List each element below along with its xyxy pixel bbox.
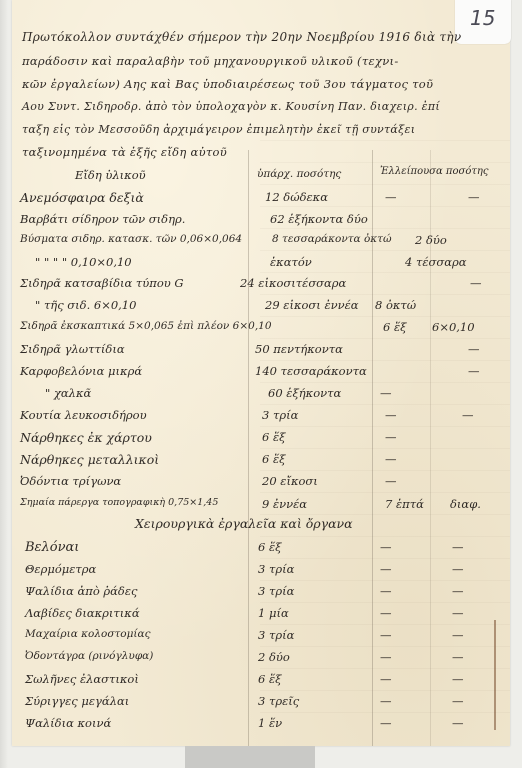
row-quantity: 1 ἕν bbox=[258, 716, 282, 730]
scanner-tab bbox=[185, 746, 315, 768]
row-item: Ὀδόντια τρίγωνα bbox=[20, 474, 121, 488]
row-missing: — bbox=[380, 672, 392, 686]
row-quantity: 3 τρεῖς bbox=[258, 694, 299, 708]
row-extra: — bbox=[452, 716, 464, 730]
row-quantity: ἑκατόν bbox=[270, 255, 312, 269]
row-missing: — bbox=[470, 276, 482, 290]
row-missing: — bbox=[385, 190, 397, 204]
row-missing: — bbox=[380, 540, 392, 554]
row-quantity: 1 μία bbox=[258, 606, 289, 620]
row-item: Νάρθηκες μεταλλικοὶ bbox=[20, 452, 159, 467]
row-quantity: 3 τρία bbox=[258, 628, 294, 642]
row-quantity: 3 τρία bbox=[262, 408, 298, 422]
row-extra: — bbox=[452, 584, 464, 598]
row-item: Βαρβάτι σίδηρον τῶν σιδηρ. bbox=[20, 212, 185, 226]
row-item: Σύριγγες μεγάλαι bbox=[25, 694, 129, 708]
row-missing: — bbox=[468, 364, 480, 378]
row-extra: — bbox=[452, 540, 464, 554]
row-quantity: 20 εἴκοσι bbox=[262, 474, 318, 488]
intro-line: Πρωτόκολλον συντάχθέν σήμερον τὴν 20ην Ν… bbox=[22, 30, 462, 44]
row-item: " χαλκᾶ bbox=[45, 386, 91, 400]
row-missing: — bbox=[385, 474, 397, 488]
row-extra: — bbox=[452, 650, 464, 664]
row-extra: — bbox=[452, 606, 464, 620]
row-quantity: 9 ἐννέα bbox=[262, 497, 307, 511]
row-extra: — bbox=[452, 694, 464, 708]
row-quantity: 62 ἑξήκοντα δύο bbox=[270, 212, 368, 226]
row-extra: διαφ. bbox=[450, 497, 481, 511]
row-item: Λαβίδες διακριτικά bbox=[25, 606, 140, 620]
row-missing: — bbox=[380, 716, 392, 730]
margin-ink-mark bbox=[494, 620, 496, 730]
row-missing: — bbox=[380, 386, 392, 400]
row-item: Σιδηρᾶ κατσαβίδια τύπου G bbox=[20, 276, 184, 290]
column-header-item: Εἴδη ὑλικοῦ bbox=[75, 168, 146, 182]
row-quantity: 24 εἰκοσιτέσσαρα bbox=[240, 276, 346, 290]
row-extra: 6×0,10 bbox=[432, 320, 475, 334]
column-rule-1 bbox=[248, 150, 249, 746]
row-item: Κουτία λευκοσιδήρου bbox=[20, 408, 147, 422]
intro-line: παράδοσιν καὶ παραλαβὴν τοῦ μηχανουργικο… bbox=[22, 54, 399, 68]
row-quantity: 50 πεντήκοντα bbox=[255, 342, 343, 356]
row-extra: — bbox=[452, 628, 464, 642]
row-extra: — bbox=[452, 672, 464, 686]
row-item: Βύσματα σιδηρ. κατασκ. τῶν 0,06×0,064 bbox=[20, 233, 242, 245]
row-quantity: 6 ἕξ bbox=[258, 672, 281, 686]
intro-line: κῶν ἐργαλείων) Αης καὶ Βας ὑποδιαιρέσεως… bbox=[22, 77, 433, 91]
row-missing: 4 τέσσαρα bbox=[405, 255, 467, 269]
row-quantity: 3 τρία bbox=[258, 562, 294, 576]
row-item: Νάρθηκες ἐκ χάρτου bbox=[20, 430, 152, 445]
row-extra: — bbox=[468, 190, 480, 204]
row-item: Σιδηρᾶ γλωττίδια bbox=[20, 342, 125, 356]
row-item: Βελόναι bbox=[25, 540, 79, 555]
row-quantity: 6 ἕξ bbox=[262, 430, 285, 444]
row-missing: — bbox=[380, 650, 392, 664]
row-item: Σιδηρᾶ ἐκσκαπτικά 5×0,065 ἐπὶ πλέον 6×0,… bbox=[20, 320, 272, 332]
page-number: 15 bbox=[470, 6, 495, 30]
intro-line: ταξη εἰς τὸν Μεσσοῦδη ἀρχιμάγειρον ἐπιμε… bbox=[22, 123, 415, 136]
row-missing: — bbox=[380, 694, 392, 708]
row-item: Ψαλίδια ἀπὸ ῥάδες bbox=[25, 584, 137, 598]
row-missing: — bbox=[385, 430, 397, 444]
row-quantity: 6 ἕξ bbox=[262, 452, 285, 466]
row-item: Ὀδοντάγρα (ρινόγλυφα) bbox=[25, 650, 153, 662]
row-missing: 8 ὀκτώ bbox=[375, 298, 416, 312]
row-missing: — bbox=[380, 606, 392, 620]
row-missing: — bbox=[380, 584, 392, 598]
row-quantity: 2 δύο bbox=[258, 650, 290, 664]
row-quantity: 8 τεσσαράκοντα ὀκτώ bbox=[272, 233, 392, 245]
row-item: Καρφοβελόνια μικρά bbox=[20, 364, 142, 378]
row-missing: — bbox=[468, 342, 480, 356]
row-item: Σημαία πάρεργα τοπογραφικὴ 0,75×1,45 bbox=[20, 497, 218, 508]
row-missing: 6 ἕξ bbox=[383, 320, 406, 334]
row-quantity: 3 τρία bbox=[258, 584, 294, 598]
row-missing: — bbox=[385, 408, 397, 422]
row-quantity: 29 εἰκοσι ἐννέα bbox=[265, 298, 359, 312]
intro-line: ταξινομημένα τὰ ἑξῆς εἴδη αὐτοῦ bbox=[22, 145, 227, 159]
row-missing: 2 δύο bbox=[415, 233, 447, 247]
column-header-quantity: ὑπάρχ. ποσότης bbox=[257, 168, 341, 180]
row-item: " τῆς σιδ. 6×0,10 bbox=[35, 298, 136, 312]
row-item: " " " " 0,10×0,10 bbox=[35, 255, 132, 269]
row-missing: 7 ἑπτά bbox=[385, 497, 424, 511]
row-quantity: 60 ἑξήκοντα bbox=[268, 386, 341, 400]
row-extra: — bbox=[452, 562, 464, 576]
row-item: Ανεμόσφαιρα δεξιὰ bbox=[20, 190, 144, 205]
row-quantity: 12 δώδεκα bbox=[265, 190, 328, 204]
row-extra: — bbox=[462, 408, 474, 422]
section-title: Χειρουργικὰ ἐργαλεῖα καὶ ὄργανα bbox=[135, 516, 353, 531]
row-item: Μαχαίρια κολοστομίας bbox=[25, 628, 151, 640]
row-missing: — bbox=[380, 562, 392, 576]
row-item: Ψαλίδια κοινά bbox=[25, 716, 111, 730]
row-quantity: 140 τεσσαράκοντα bbox=[255, 364, 367, 378]
row-item: Θερμόμετρα bbox=[25, 562, 96, 576]
row-item: Σωλῆνες ἐλαστικοὶ bbox=[25, 672, 139, 686]
column-header-missing: Ἐλλείπουσα ποσότης bbox=[380, 166, 489, 177]
intro-line: Αου Συντ. Σιδηροδρ. ἀπὸ τὸν ὑπολοχαγὸν κ… bbox=[22, 100, 440, 113]
row-missing: — bbox=[385, 452, 397, 466]
row-quantity: 6 ἕξ bbox=[258, 540, 281, 554]
row-missing: — bbox=[380, 628, 392, 642]
